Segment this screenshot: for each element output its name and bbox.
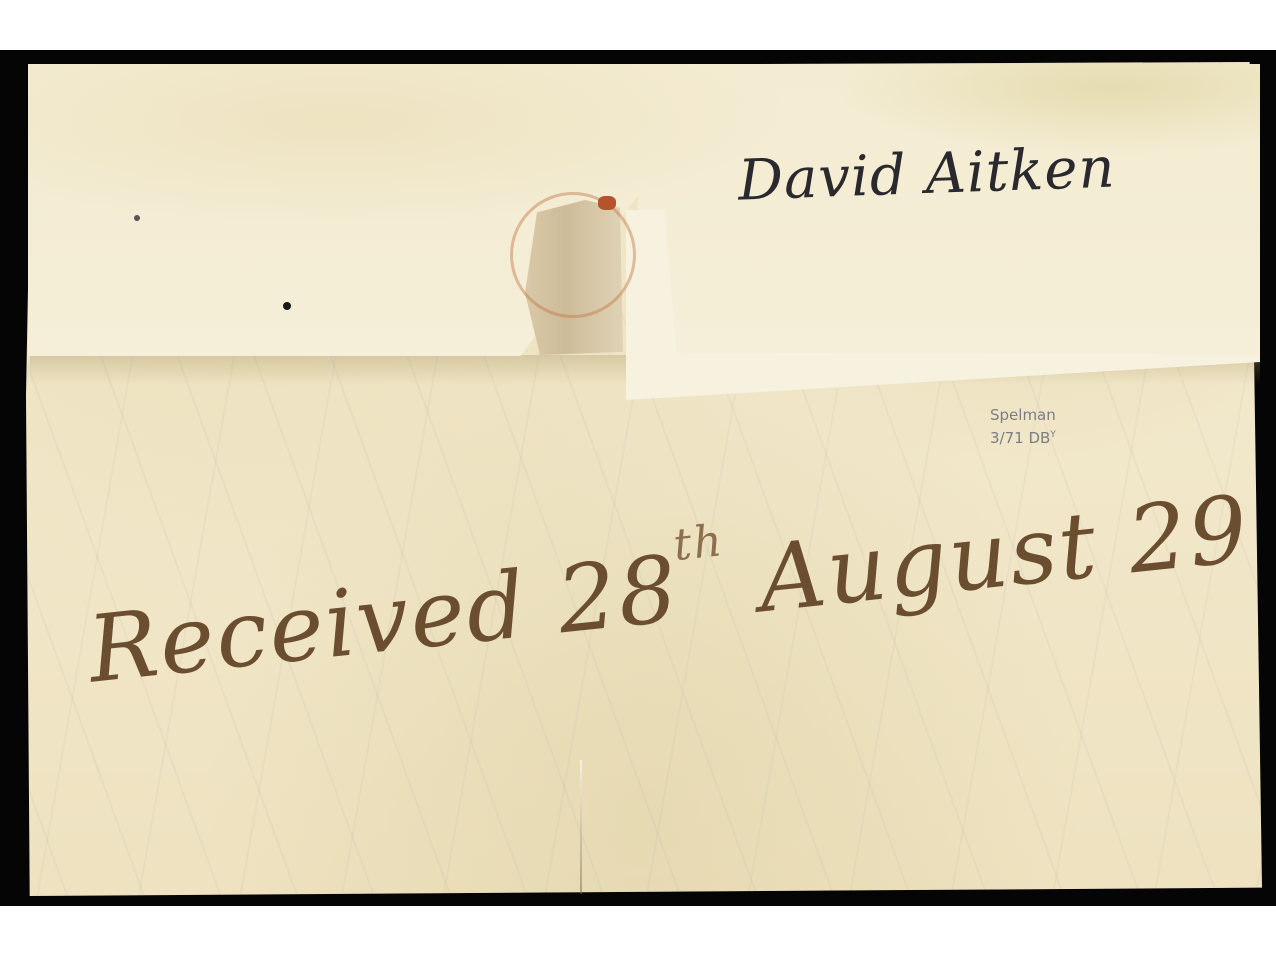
- wax-seal-residue: [598, 196, 616, 210]
- received-docket-ordinal: th: [671, 515, 726, 571]
- bottom-tear: [580, 760, 582, 894]
- photo-stage: David Aitken Spelman 3/71 DBY Received 2…: [0, 0, 1276, 956]
- addressee-signature: David Aitken: [737, 135, 1117, 213]
- pinhole-dot: [283, 302, 291, 310]
- pencil-note: Spelman 3/71 DBY: [990, 405, 1056, 448]
- seal-tear: [525, 200, 625, 355]
- ink-speck: [134, 215, 140, 221]
- pencil-note-line2-text: 3/71 DB: [990, 429, 1050, 447]
- pencil-note-line2: 3/71 DBY: [990, 425, 1056, 448]
- pencil-note-line1: Spelman: [990, 405, 1056, 425]
- pencil-note-superscript: Y: [1050, 430, 1056, 440]
